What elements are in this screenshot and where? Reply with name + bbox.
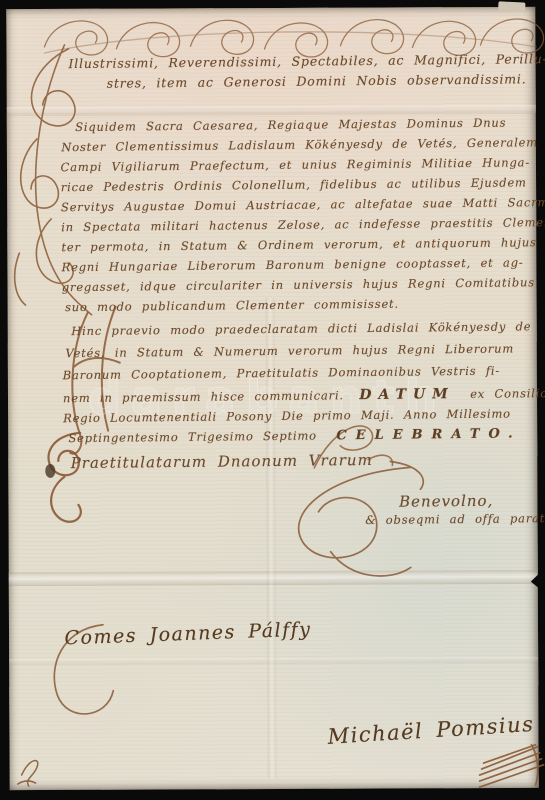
manuscript-text-layer: Illustrissimi, Reverendissimi, Spectabil…	[4, 5, 541, 791]
body-paragraph1-line: Siquidem Sacra Caesarea, Regiaque Majest…	[75, 116, 506, 135]
body-paragraph1-line: gregasset, idque circulariter in univers…	[62, 275, 535, 294]
salutation-line-2: stres, item ac Generosi Domini Nobis obs…	[107, 71, 527, 90]
body-paragraph2-line: Regio Locumtenentiali Posony Die primo M…	[63, 407, 511, 426]
celebrato-line-prefix: Septingentesimo Trigesimo Septimo	[68, 429, 317, 446]
body-paragraph1-line: Campi Vigiliarum Praefectum, et unius Re…	[60, 155, 530, 174]
body-paragraph1-line: Noster Clementissimus Ladislaum Kökényes…	[61, 135, 538, 154]
signature-left: Comes Joannes Pálffy	[64, 618, 312, 649]
body-paragraph1-line: Servitys Augustae Domui Austriacae, ac a…	[61, 195, 545, 214]
photo-background: darabanth Illustrissimi, Reverendissimi,…	[0, 0, 545, 800]
celebrato-word: CELEBRATO.	[336, 426, 521, 443]
body-paragraph2-line: Baronum Cooptationem, Praetitulatis Domi…	[63, 364, 500, 383]
datum-line-prefix: nem in praemissum hisce communicari.	[63, 388, 344, 405]
datum-word: DATUM	[359, 386, 455, 403]
body-paragraph2-celebrato-line: Septingentesimo Trigesimo Septimo CELEBR…	[68, 426, 521, 446]
body-paragraph2-line: Hinc praevio modo praedeclaratam dicti L…	[71, 319, 531, 338]
datum-line-suffix: ex Consilio	[470, 386, 545, 401]
praetitulatarum-line: Praetitulatarum Dnaonum Vrarum	[71, 451, 373, 472]
body-paragraph1-line: Regni Hungariae Liberorum Baronum benign…	[62, 255, 524, 274]
body-paragraph1-line: ricae Pedestris Ordinis Colonellum, fide…	[61, 175, 527, 194]
body-paragraph2-line: Vetés, in Statum & Numerum verorum hujus…	[65, 341, 514, 360]
body-paragraph1-line: ter permota, in Statum & Ordinem verorum…	[61, 235, 536, 254]
salutation-line-1: Illustrissimi, Reverendissimi, Spectabil…	[68, 51, 545, 71]
document-paper: darabanth Illustrissimi, Reverendissimi,…	[6, 7, 538, 790]
closing-line-2: & obseqmi ad offa parati	[365, 511, 545, 527]
body-paragraph1-line: in Spectata militari hactenus Zelose, ac…	[61, 215, 545, 234]
body-paragraph1-line: suo modo publicandum Clementer commisiss…	[65, 297, 399, 314]
closing-line-1: Benevolno,	[399, 492, 493, 511]
signature-right: Michaël Pomsius	[327, 712, 535, 749]
body-paragraph2-datum-line: nem in praemissum hisce communicari. DAT…	[63, 385, 545, 406]
